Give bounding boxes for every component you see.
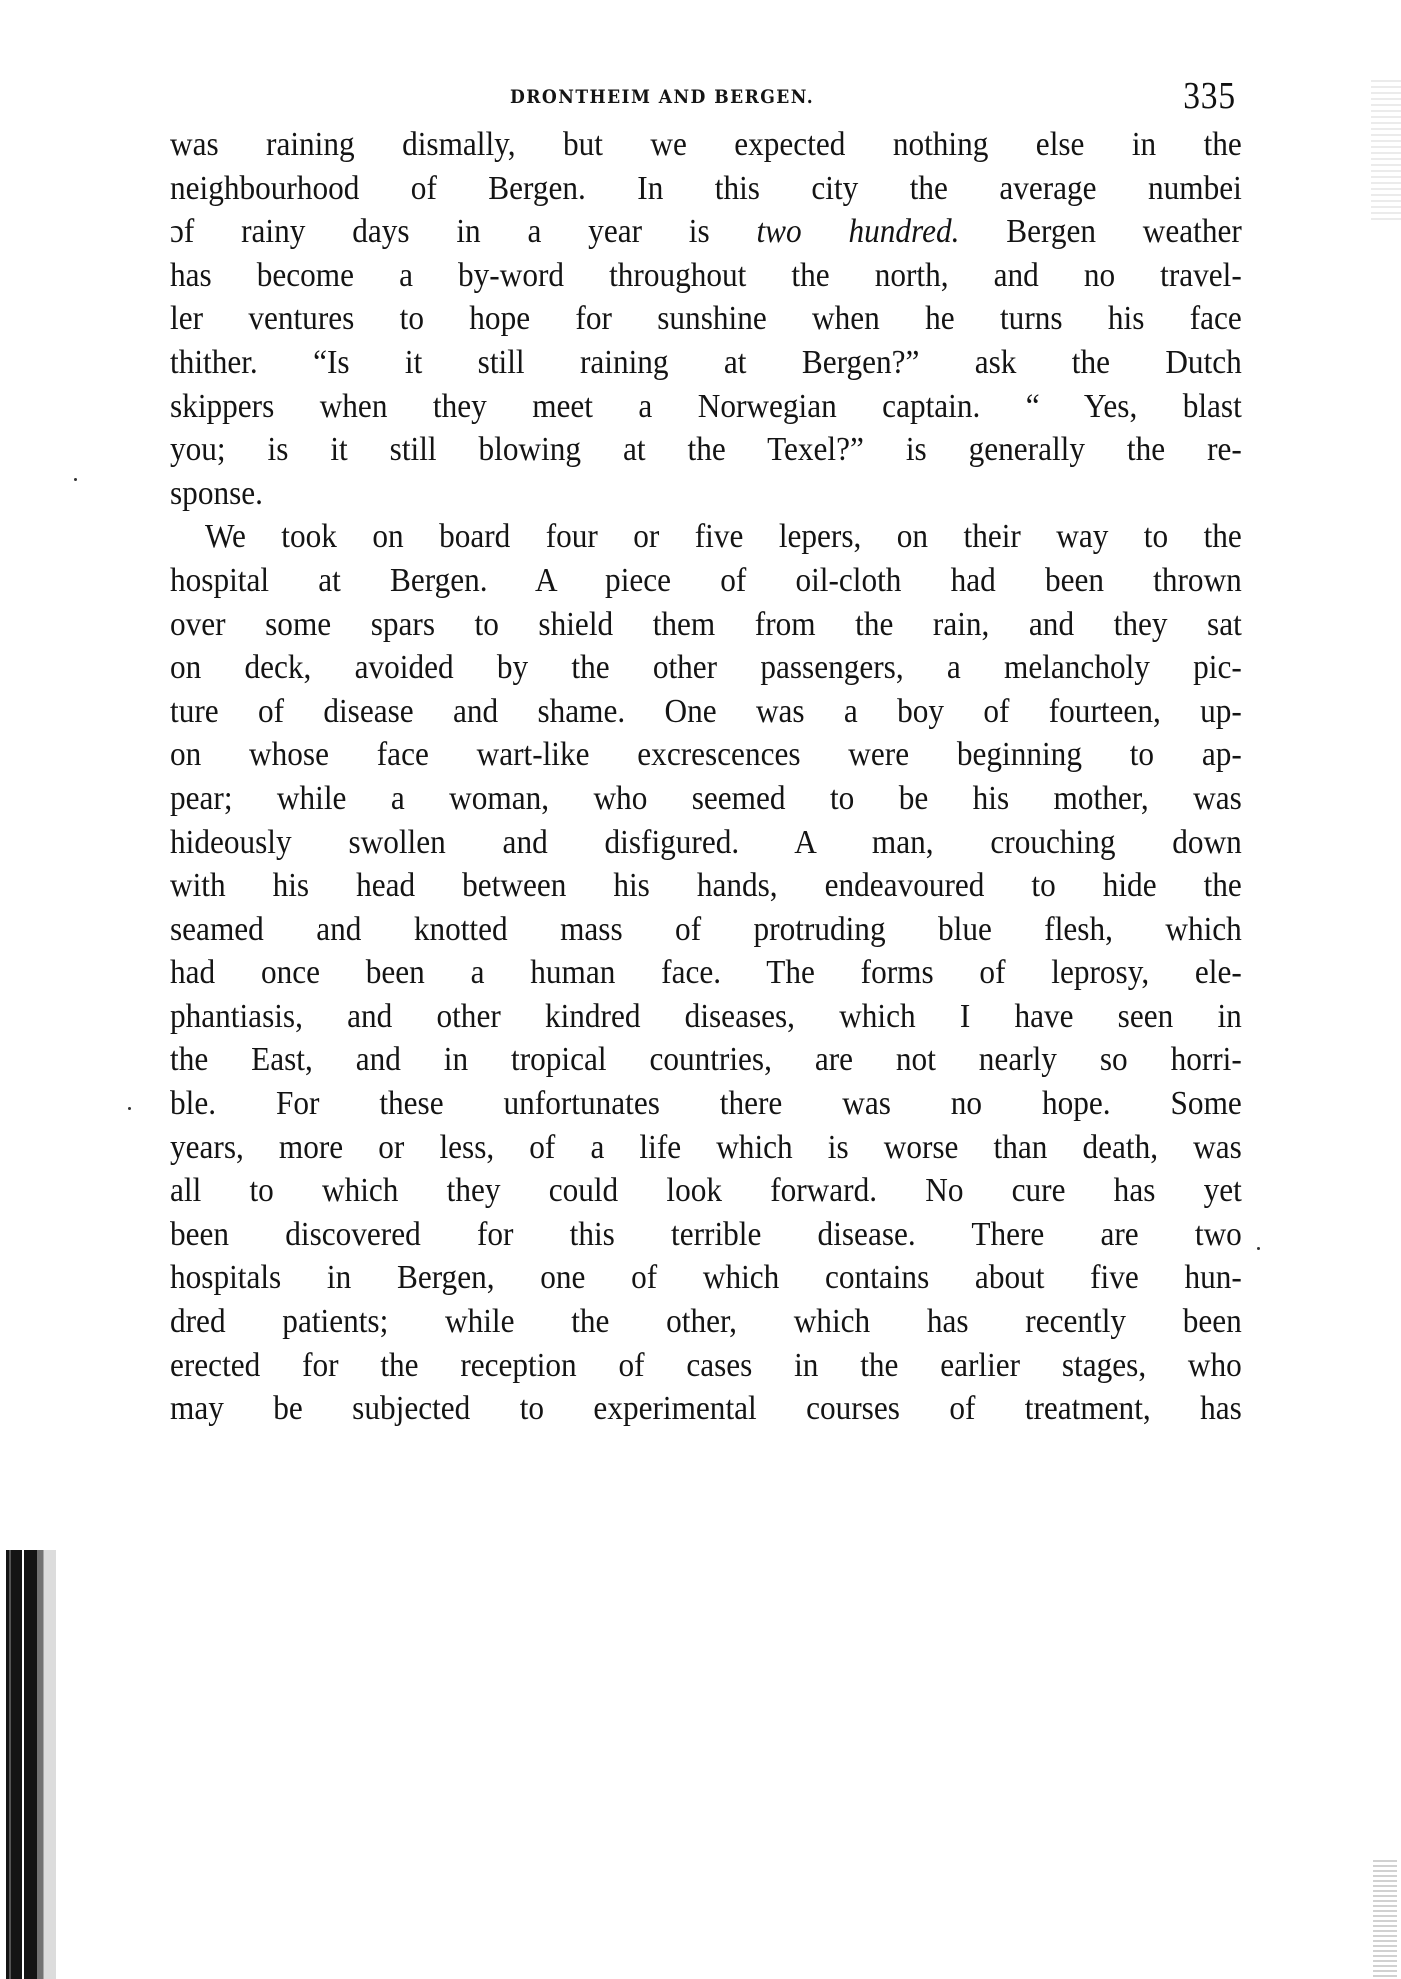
scan-speck: [74, 478, 77, 481]
text-line: may be subjected to experimental courses…: [170, 1387, 1242, 1431]
running-head: DRONTHEIM AND BERGEN. 335: [168, 72, 1250, 122]
text-line: seamed and knotted mass of protruding bl…: [170, 908, 1242, 952]
text-line: dred patients; while the other, which ha…: [170, 1300, 1242, 1344]
text-line: on deck, avoided by the other passengers…: [170, 646, 1242, 690]
text-line: sponse.: [170, 472, 1242, 516]
text-line: neighbourhood of Bergen. In this city th…: [170, 167, 1242, 211]
text-line: phantiasis, and other kindred diseases, …: [170, 995, 1242, 1039]
text-line: erected for the reception of cases in th…: [170, 1344, 1242, 1388]
scan-noise: [1371, 80, 1401, 220]
emphasis-text: two hundred.: [756, 213, 959, 250]
text-line: on whose face wart-like excrescences wer…: [170, 733, 1242, 777]
book-page: DRONTHEIM AND BERGEN. 335 was raining di…: [0, 0, 1401, 1979]
text-line: has become a by-word throughout the nort…: [170, 254, 1242, 298]
paragraph-first-line: We took on board four or five lepers, on…: [170, 515, 1242, 559]
text-line: hideously swollen and disfigured. A man,…: [170, 821, 1242, 865]
text-line: you; is it still blowing at the Texel?” …: [170, 428, 1242, 472]
text-line: over some spars to shield them from the …: [170, 603, 1242, 647]
text-line: the East, and in tropical countries, are…: [170, 1038, 1242, 1082]
text-span: ɔf rainy days in a year is: [170, 213, 756, 250]
text-line: was raining dismally, but we expected no…: [170, 123, 1242, 167]
text-line: hospitals in Bergen, one of which contai…: [170, 1256, 1242, 1300]
body-text: was raining dismally, but we expected no…: [170, 123, 1242, 1431]
text-line: all to which they could look forward. No…: [170, 1169, 1242, 1213]
text-line: been discovered for this terrible diseas…: [170, 1213, 1242, 1257]
text-line: pear; while a woman, who seemed to be hi…: [170, 777, 1242, 821]
scan-noise: [1373, 1860, 1397, 1979]
text-line: with his head between his hands, endeavo…: [170, 864, 1242, 908]
binding-shadow: [6, 1550, 56, 1979]
text-line: thither. “Is it still raining at Bergen?…: [170, 341, 1242, 385]
text-line: hospital at Bergen. A piece of oil-cloth…: [170, 559, 1242, 603]
text-line: skippers when they meet a Norwegian capt…: [170, 385, 1242, 429]
scan-speck: [128, 1107, 131, 1110]
text-line: ture of disease and shame. One was a boy…: [170, 690, 1242, 734]
running-title: DRONTHEIM AND BERGEN.: [510, 86, 814, 108]
text-line: years, more or less, of a life which is …: [170, 1126, 1242, 1170]
text-line: ɔf rainy days in a year is two hundred. …: [170, 210, 1242, 254]
page-number: 335: [1183, 74, 1236, 118]
text-line: ble. For these unfortunates there was no…: [170, 1082, 1242, 1126]
scan-speck: [1257, 1247, 1260, 1250]
text-span: Bergen weather: [959, 213, 1241, 250]
text-line: ler ventures to hope for sunshine when h…: [170, 297, 1242, 341]
text-line: had once been a human face. The forms of…: [170, 951, 1242, 995]
